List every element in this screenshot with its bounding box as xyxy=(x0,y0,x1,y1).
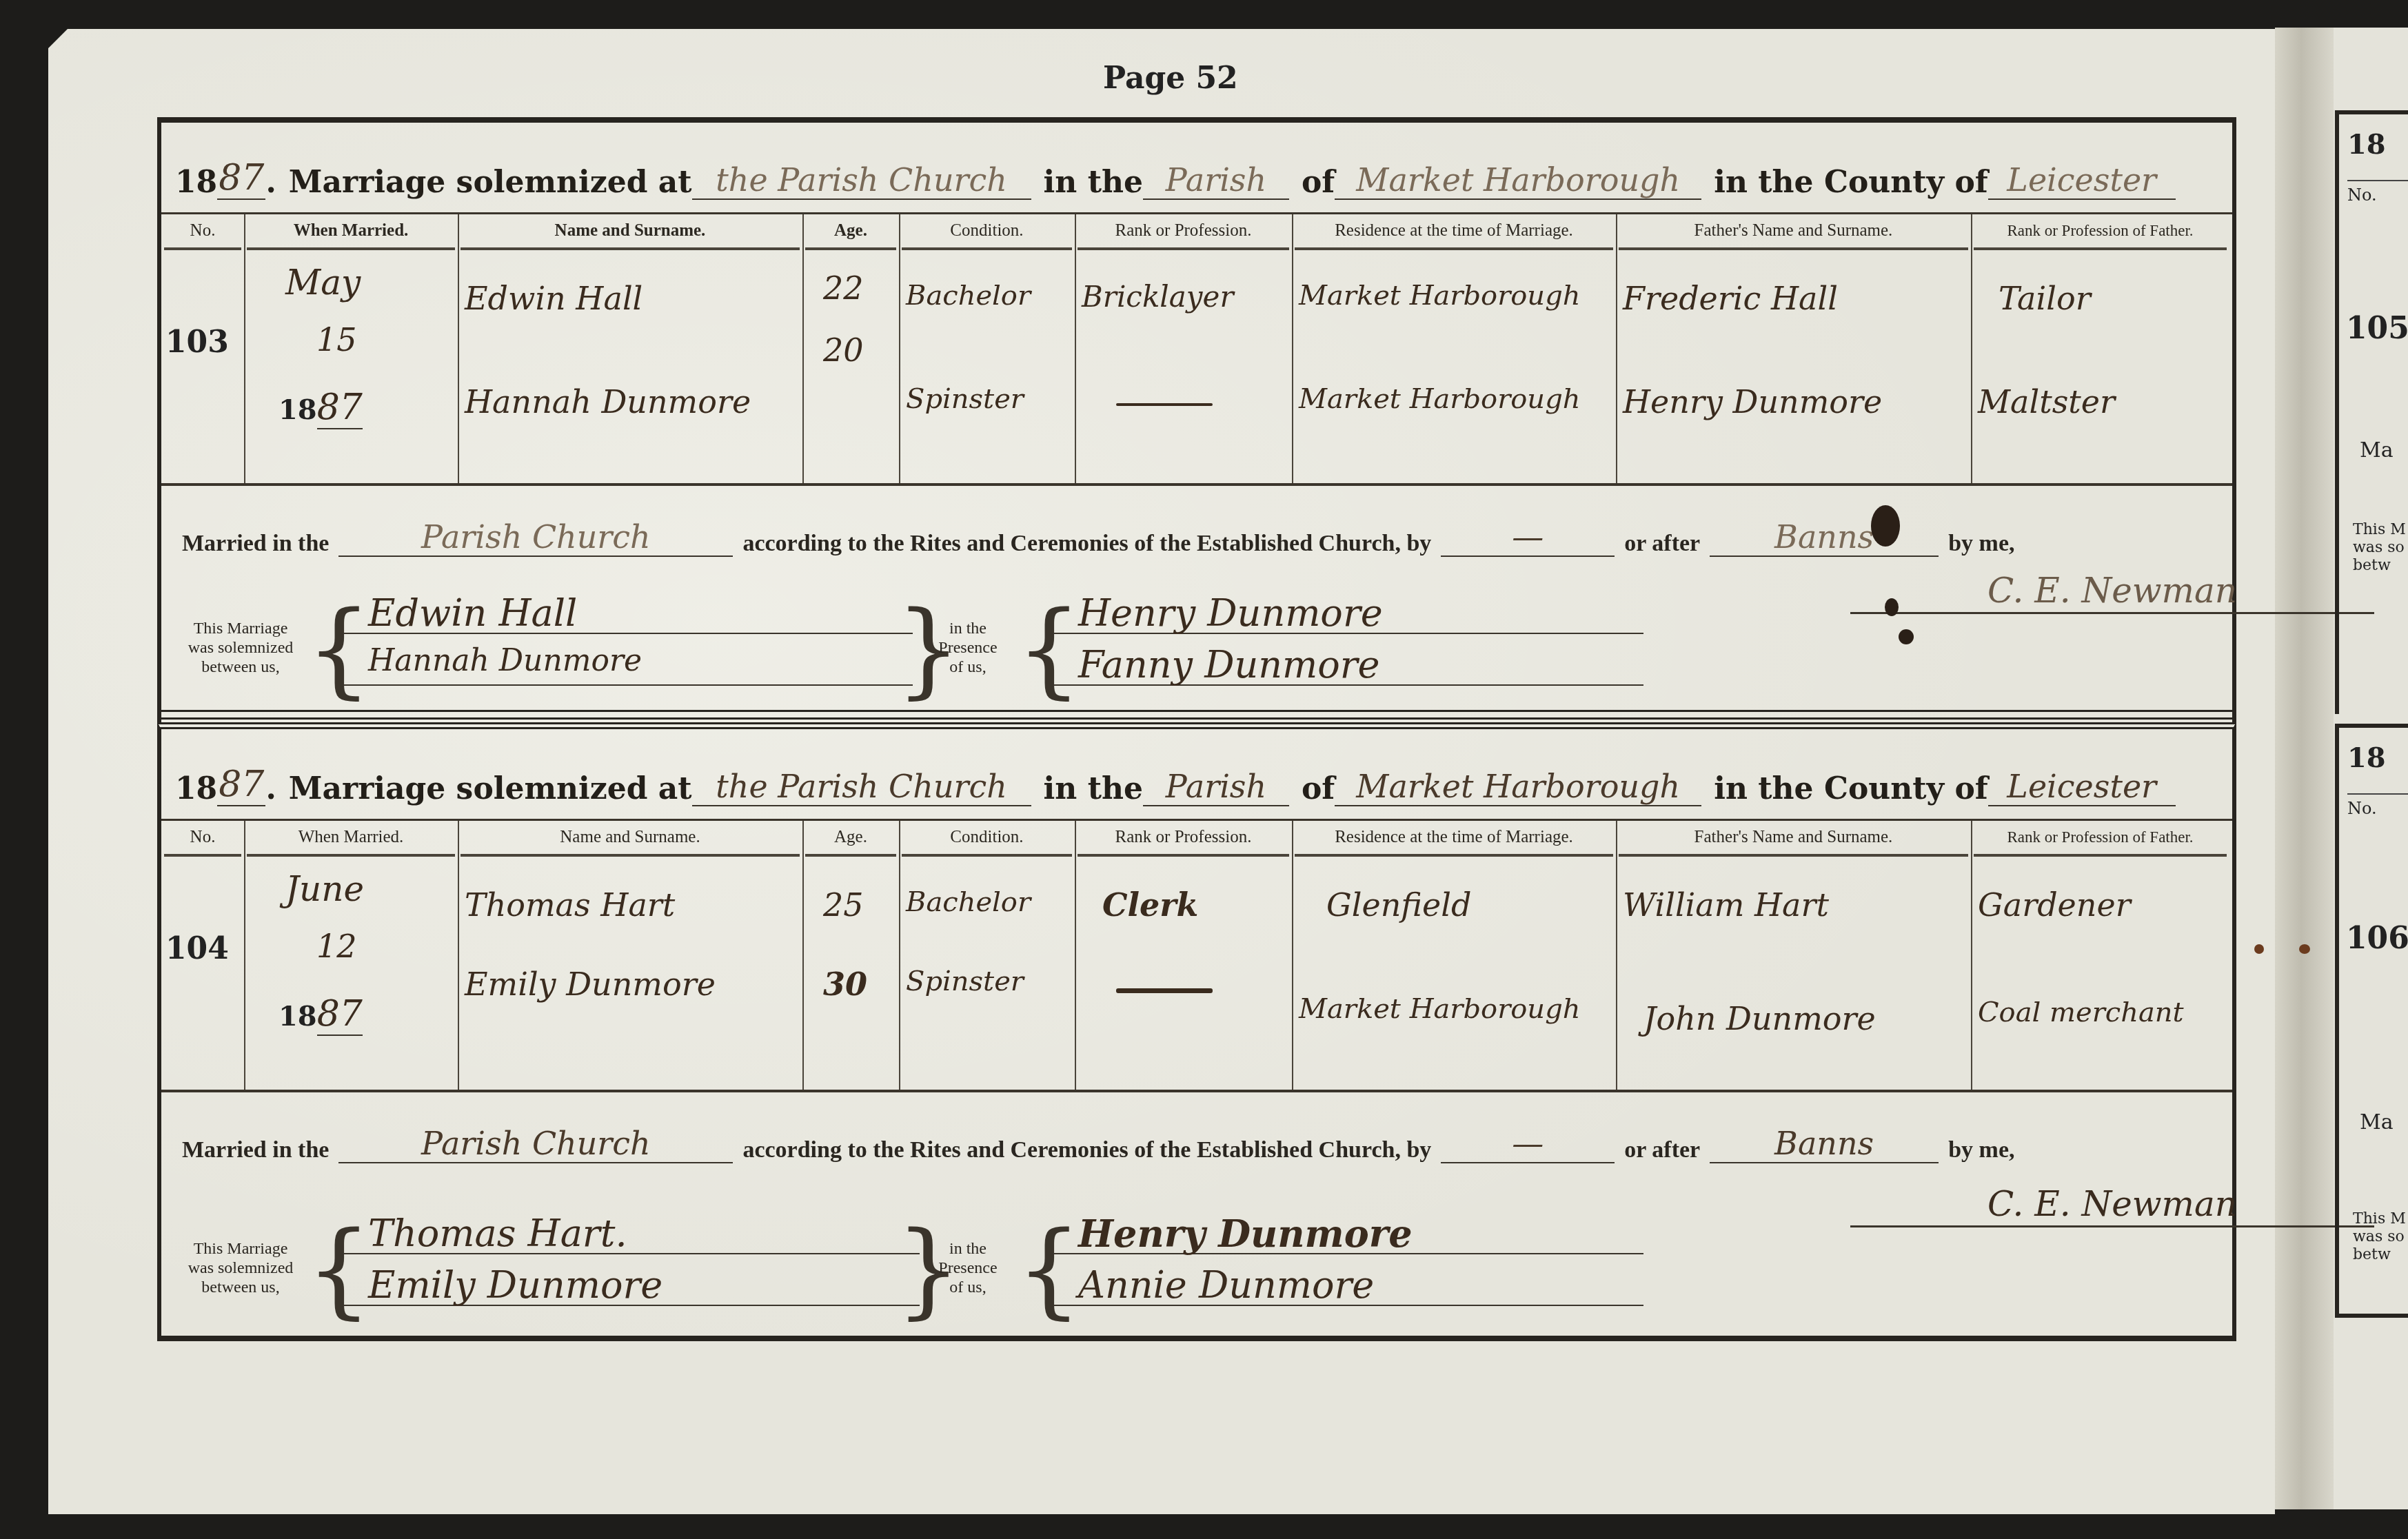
married-day: 15 xyxy=(316,321,357,358)
signature-block: This Marriage was solemnized between us,… xyxy=(175,591,2229,715)
married-month: May xyxy=(285,263,361,303)
bride-condition: Spinster xyxy=(906,966,1071,997)
col-father-rank: Rank or Profession of Father. Gardener C… xyxy=(1971,821,2229,1090)
groom-profession: Bricklayer xyxy=(1082,280,1288,314)
year-prefix: 18 xyxy=(175,771,217,806)
col-age: Age. 25 30 xyxy=(802,821,900,1090)
col-father-name: Father's Name and Surname. William Hart … xyxy=(1616,821,1972,1090)
groom-father-profession: Gardener xyxy=(1978,886,2225,924)
groom-father-profession: Tailor xyxy=(1999,280,2225,317)
groom-condition: Bachelor xyxy=(906,886,1071,918)
adjacent-entry-106: 18 No. 106 Ma This M was so betw xyxy=(2335,724,2408,1318)
col-residence: Residence at the time of Marriage. Glenf… xyxy=(1292,821,1617,1090)
col-name: Name and Surname. Thomas Hart Emily Dunm… xyxy=(458,821,804,1090)
groom-father-name: William Hart xyxy=(1623,886,1967,924)
witness-2: Annie Dunmore xyxy=(1051,1263,1643,1306)
label-of: of xyxy=(1302,165,1335,200)
by-licence: — xyxy=(1441,1125,1615,1163)
stain xyxy=(2254,944,2264,954)
col-when-married: When Married. May 15 1887 xyxy=(244,214,459,483)
by-licence: — xyxy=(1441,518,1615,557)
ink-blot xyxy=(1871,505,1900,547)
label-in-the: in the xyxy=(1044,165,1143,200)
entry-table: No. 103 When Married. May 15 1887 Name a… xyxy=(161,212,2232,486)
entry-divider xyxy=(157,710,2236,720)
district: Market Harborough xyxy=(1335,161,1701,200)
entry-number: 106 xyxy=(2346,921,2408,956)
adjacent-entry-105: 18 No. 105 Ma This M was so betw xyxy=(2335,110,2408,714)
col-condition: Condition. Bachelor Spinster xyxy=(899,214,1076,483)
groom-age: 25 xyxy=(823,886,864,924)
bride-father-name: Henry Dunmore xyxy=(1623,383,1967,420)
bride-father-name: John Dunmore xyxy=(1643,1000,1967,1037)
groom-residence: Glenfield xyxy=(1326,886,1612,924)
col-when-married: When Married. June 12 1887 xyxy=(244,821,459,1090)
signature-block: This Marriage was solemnized between us,… xyxy=(175,1212,2229,1336)
entry-number: 104 xyxy=(165,931,229,966)
stain xyxy=(2299,944,2310,954)
bride-signature: Emily Dunmore xyxy=(341,1263,920,1306)
label-of: of xyxy=(1302,771,1335,806)
county: Leicester xyxy=(1988,161,2176,200)
book-gutter xyxy=(2275,28,2334,1509)
label-in-presence: in the Presence of us, xyxy=(930,1239,1006,1297)
year-suffix: 87 xyxy=(217,764,265,806)
entry-number: 103 xyxy=(165,325,229,360)
witness-1: Henry Dunmore xyxy=(1051,1212,1643,1254)
groom-father-name: Frederic Hall xyxy=(1623,280,1967,317)
married-month: June xyxy=(285,869,364,909)
col-condition: Condition. Bachelor Spinster xyxy=(899,821,1076,1090)
bride-name: Hannah Dunmore xyxy=(465,383,798,420)
bride-father-profession: Coal merchant xyxy=(1978,997,2225,1028)
entry-number: 105 xyxy=(2346,311,2408,346)
label-solemnized-at: Marriage solemnized at xyxy=(289,165,692,200)
bride-name: Emily Dunmore xyxy=(465,966,798,1003)
groom-residence: Market Harborough xyxy=(1299,280,1612,312)
married-year: 1887 xyxy=(279,993,363,1035)
year-prefix: 18 xyxy=(175,165,217,200)
groom-age: 22 xyxy=(823,269,864,307)
bride-residence: Market Harborough xyxy=(1299,993,1612,1025)
marriage-entry-103: 1887. Marriage solemnized at the Parish … xyxy=(157,117,2236,722)
col-father-name: Father's Name and Surname. Frederic Hall… xyxy=(1616,214,1972,483)
bride-age: 30 xyxy=(823,966,867,1003)
county: Leicester xyxy=(1988,768,2176,806)
place: the Parish Church xyxy=(692,768,1031,806)
label-in-the: in the xyxy=(1044,771,1143,806)
col-rank: Rank or Profession. Bricklayer xyxy=(1075,214,1293,483)
col-residence: Residence at the time of Marriage. Marke… xyxy=(1292,214,1617,483)
label-solemnized-at: Marriage solemnized at xyxy=(289,771,692,806)
col-no: No. 104 xyxy=(161,821,245,1090)
or-after-value: Banns xyxy=(1710,518,1939,557)
entry-heading: 1887. Marriage solemnized at the Parish … xyxy=(175,744,2218,806)
bride-father-profession: Maltster xyxy=(1978,383,2225,420)
married-in: Parish Church xyxy=(338,518,733,557)
groom-name: Edwin Hall xyxy=(465,280,798,317)
married-in-line: Married in the Parish Church according t… xyxy=(182,509,2212,557)
year-suffix: 87 xyxy=(217,157,265,200)
district: Market Harborough xyxy=(1335,768,1701,806)
entry-table: No. 104 When Married. June 12 1887 Name … xyxy=(161,819,2232,1092)
col-name: Name and Surname. Edwin Hall Hannah Dunm… xyxy=(458,214,804,483)
page-corner-fold xyxy=(48,29,68,48)
label-county-of: in the County of xyxy=(1714,165,1987,200)
col-rank: Rank or Profession. Clerk xyxy=(1075,821,1293,1090)
bride-profession xyxy=(1116,383,1288,420)
label-solemnized-between: This Marriage was solemnized between us, xyxy=(175,1239,306,1297)
married-in: Parish Church xyxy=(338,1125,733,1163)
place: the Parish Church xyxy=(692,161,1031,200)
groom-signature: Edwin Hall xyxy=(341,591,913,634)
page-title: Page 52 xyxy=(1103,61,1275,96)
married-year: 1887 xyxy=(279,387,363,428)
groom-condition: Bachelor xyxy=(906,280,1071,312)
district-type: Parish xyxy=(1143,768,1289,806)
groom-name: Thomas Hart xyxy=(465,886,798,924)
label-in-presence: in the Presence of us, xyxy=(930,619,1006,677)
bride-signature: Hannah Dunmore xyxy=(341,643,913,686)
bride-condition: Spinster xyxy=(906,383,1071,415)
witness-2: Fanny Dunmore xyxy=(1051,643,1643,686)
label-county-of: in the County of xyxy=(1714,771,1987,806)
witness-1: Henry Dunmore xyxy=(1051,591,1643,634)
groom-signature: Thomas Hart. xyxy=(341,1212,920,1254)
bride-profession xyxy=(1116,969,1288,1006)
entry-heading: 1887. Marriage solemnized at the Parish … xyxy=(175,138,2218,200)
married-in-line: Married in the Parish Church according t… xyxy=(182,1115,2212,1163)
col-no: No. 103 xyxy=(161,214,245,483)
bride-age: 20 xyxy=(823,332,864,369)
district-type: Parish xyxy=(1143,161,1289,200)
married-day: 12 xyxy=(316,928,357,965)
marriage-entry-104: 1887. Marriage solemnized at the Parish … xyxy=(157,722,2236,1341)
or-after-value: Banns xyxy=(1710,1125,1939,1163)
bride-residence: Market Harborough xyxy=(1299,383,1612,415)
label-solemnized-between: This Marriage was solemnized between us, xyxy=(175,619,306,677)
groom-profession: Clerk xyxy=(1102,886,1288,924)
col-father-rank: Rank or Profession of Father. Tailor Mal… xyxy=(1971,214,2229,483)
col-age: Age. 22 20 xyxy=(802,214,900,483)
